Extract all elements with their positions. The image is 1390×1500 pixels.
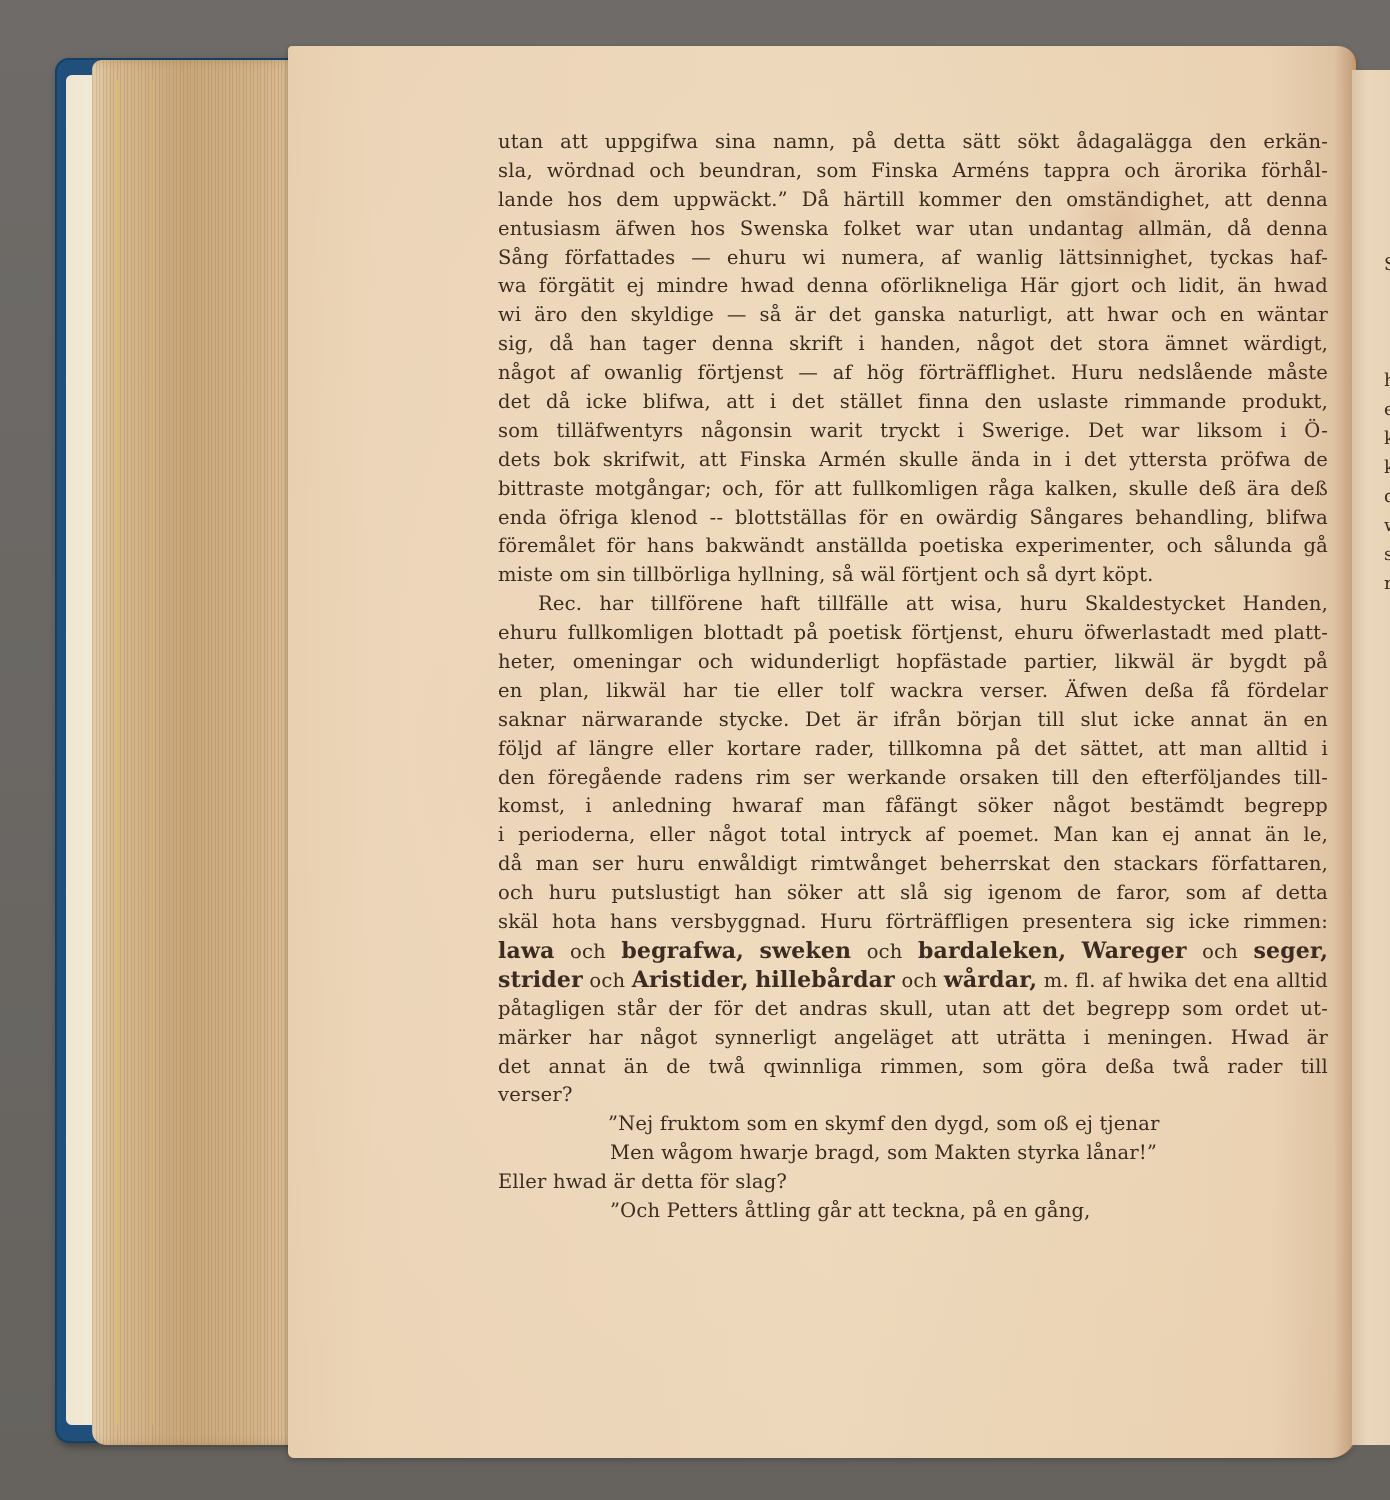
fragment: d: [1384, 482, 1390, 511]
photo-background: S h e k k d w s r utan att uppgifwa sina…: [0, 0, 1390, 1500]
text-line: skäl hota hans versbyggnad. Huru förträf…: [498, 908, 1328, 937]
text-line: och huru putslustigt han söker att slå s…: [498, 879, 1328, 908]
paragraph-start-line: Rec. har tillförene haft tillfälle att w…: [498, 590, 1328, 619]
text-line: föremålet för hans bakwändt anställda po…: [498, 532, 1328, 561]
rhyme-word: lawa: [498, 938, 555, 964]
text-line: följd af längre eller kortare rader, til…: [498, 735, 1328, 764]
text-line: dets bok skrifwit, att Finska Armén skul…: [498, 446, 1328, 475]
text-line: utan att uppgifwa sina namn, på detta sä…: [498, 128, 1328, 157]
quoted-verse-line: Men wågom hwarje bragd, som Makten styrk…: [498, 1139, 1328, 1168]
text-line: lande hos dem uppwäckt.” Då härtill komm…: [498, 186, 1328, 215]
fragment: e: [1384, 395, 1390, 424]
conjunction: och: [901, 969, 937, 992]
rhyme-word: strider: [498, 967, 583, 993]
emphasized-rhymes-line: strider och Aristider, hillebårdar och w…: [498, 966, 1328, 995]
text-line: en plan, likwäl har tie eller tolf wackr…: [498, 677, 1328, 706]
text-line: som tilläfwentyrs någonsin warit tryckt …: [498, 417, 1328, 446]
facing-page-fragments: S h e k k d w s r: [1384, 250, 1390, 598]
text-line: påtagligen står der för det andras skull…: [498, 995, 1328, 1024]
rhyme-word: Aristider,: [632, 967, 749, 993]
emphasized-rhymes-line: lawa och begrafwa, sweken och bardaleken…: [498, 937, 1328, 966]
text-line: wi äro den skyldige — så är det ganska n…: [498, 301, 1328, 330]
question-line: Eller hwad är detta för slag?: [498, 1168, 1328, 1197]
page-edge-highlight: [116, 80, 118, 1425]
text-run: m. fl. af hwika det ena alltid: [1044, 969, 1328, 992]
fragment: s: [1384, 540, 1390, 569]
page-text: utan att uppgifwa sina namn, på detta sä…: [498, 128, 1328, 1226]
rhyme-word: begrafwa,: [621, 938, 744, 964]
conjunction: och: [867, 940, 903, 963]
text-line: det då icke blifwa, att i det stället fi…: [498, 388, 1328, 417]
text-line: i perioderna, eller något total intryck …: [498, 821, 1328, 850]
page-edges: [92, 60, 298, 1445]
text-line: miste om sin tillbörliga hyllning, så wä…: [498, 561, 1328, 590]
rhyme-word: Wareger: [1082, 938, 1187, 964]
text-line: märker har något synnerligt angeläget at…: [498, 1024, 1328, 1053]
text-line: wa förgätit ej mindre hwad denna oförlik…: [498, 272, 1328, 301]
text-line: bittraste motgångar; och, för att fullko…: [498, 475, 1328, 504]
fragment: r: [1384, 569, 1390, 598]
rhyme-word: sweken: [759, 938, 851, 964]
fragment: h: [1384, 366, 1390, 395]
text-line: entusiasm äfwen hos Swenska folket war u…: [498, 215, 1328, 244]
rhyme-word: hillebårdar: [755, 967, 895, 993]
rhyme-word: seger,: [1253, 938, 1328, 964]
conjunction: och: [1202, 940, 1238, 963]
quoted-verse-line: ”Och Petters åttling går att teckna, på …: [498, 1197, 1328, 1226]
page-edge-highlight: [152, 80, 154, 1425]
text-line: då man ser huru enwåldigt rimtwånget beh…: [498, 850, 1328, 879]
text-line: det annat än de twå qwinnliga rimmen, so…: [498, 1053, 1328, 1082]
quoted-verse-line: ”Nej fruktom som en skymf den dygd, som …: [498, 1110, 1328, 1139]
text-line: sla, wördnad och beundran, som Finska Ar…: [498, 157, 1328, 186]
fragment: S: [1384, 250, 1390, 279]
fragment: w: [1384, 511, 1390, 540]
text-line: enda öfriga klenod -- blottställas för e…: [498, 504, 1328, 533]
fragment: k: [1384, 424, 1390, 453]
text-line: Sång författades — ehuru wi numera, af w…: [498, 244, 1328, 273]
text-line: något af owanlig förtjenst — af hög fört…: [498, 359, 1328, 388]
text-line: ehuru fullkomligen blottadt på poetisk f…: [498, 619, 1328, 648]
facing-page-sliver: S h e k k d w s r: [1352, 70, 1390, 1445]
text-line: komst, i anledning hwaraf man fåfängt sö…: [498, 792, 1328, 821]
rhyme-word: wårdar,: [944, 967, 1037, 993]
text-line: sig, då han tager denna skrift i handen,…: [498, 330, 1328, 359]
rhyme-word: bardaleken,: [918, 938, 1066, 964]
conjunction: och: [570, 940, 606, 963]
fragment: k: [1384, 453, 1390, 482]
text-line: saknar närwarande stycke. Det är ifrån b…: [498, 706, 1328, 735]
text-line: verser?: [498, 1081, 1328, 1110]
text-line: heter, omeningar och widunderligt hopfäs…: [498, 648, 1328, 677]
text-line: den föregående radens rim ser werkande o…: [498, 764, 1328, 793]
conjunction: och: [589, 969, 625, 992]
